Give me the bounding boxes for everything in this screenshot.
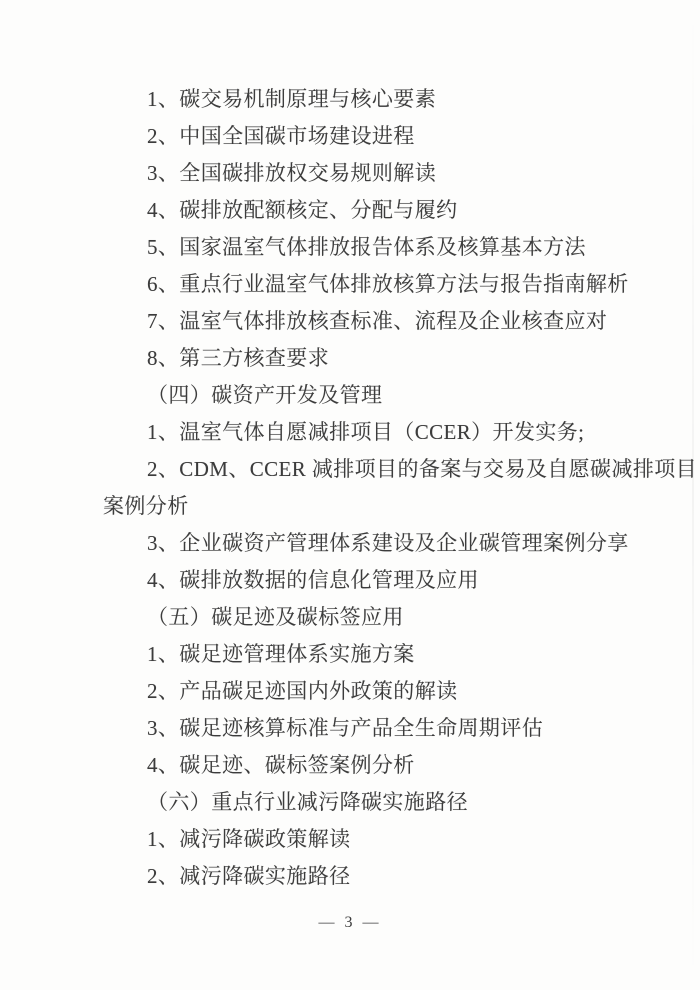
page-number: — 3 — <box>0 911 700 935</box>
document-line: 7、温室气体排放核查标准、流程及企业核查应对 <box>103 303 623 340</box>
document-line: 3、全国碳排放权交易规则解读 <box>103 155 623 192</box>
document-line: 4、碳排放配额核定、分配与履约 <box>103 192 623 229</box>
document-line: 1、减污降碳政策解读 <box>103 821 623 858</box>
document-page: 1、碳交易机制原理与核心要素2、中国全国碳市场建设进程3、全国碳排放权交易规则解… <box>0 0 700 990</box>
document-line: 1、碳足迹管理体系实施方案 <box>103 636 623 673</box>
document-line: 2、产品碳足迹国内外政策的解读 <box>103 673 623 710</box>
document-line: 5、国家温室气体排放报告体系及核算基本方法 <box>103 229 623 266</box>
document-line: （五）碳足迹及碳标签应用 <box>103 599 623 636</box>
document-line: （四）碳资产开发及管理 <box>103 377 623 414</box>
document-line: 2、中国全国碳市场建设进程 <box>103 118 623 155</box>
document-line: 1、温室气体自愿减排项目（CCER）开发实务; <box>103 414 623 451</box>
document-line: 3、企业碳资产管理体系建设及企业碳管理案例分享 <box>103 525 623 562</box>
document-line: 3、碳足迹核算标准与产品全生命周期评估 <box>103 710 623 747</box>
scan-edge-shadow <box>692 0 694 990</box>
document-line: 案例分析 <box>103 488 623 525</box>
document-line: （六）重点行业减污降碳实施路径 <box>103 784 623 821</box>
document-line: 4、碳排放数据的信息化管理及应用 <box>103 562 623 599</box>
document-line: 6、重点行业温室气体排放核算方法与报告指南解析 <box>103 266 623 303</box>
document-body: 1、碳交易机制原理与核心要素2、中国全国碳市场建设进程3、全国碳排放权交易规则解… <box>103 81 623 895</box>
document-line: 8、第三方核查要求 <box>103 340 623 377</box>
document-line: 4、碳足迹、碳标签案例分析 <box>103 747 623 784</box>
document-line: 1、碳交易机制原理与核心要素 <box>103 81 623 118</box>
document-line: 2、减污降碳实施路径 <box>103 858 623 895</box>
document-line: 2、CDM、CCER 减排项目的备案与交易及自愿碳减排项目 <box>103 451 623 488</box>
